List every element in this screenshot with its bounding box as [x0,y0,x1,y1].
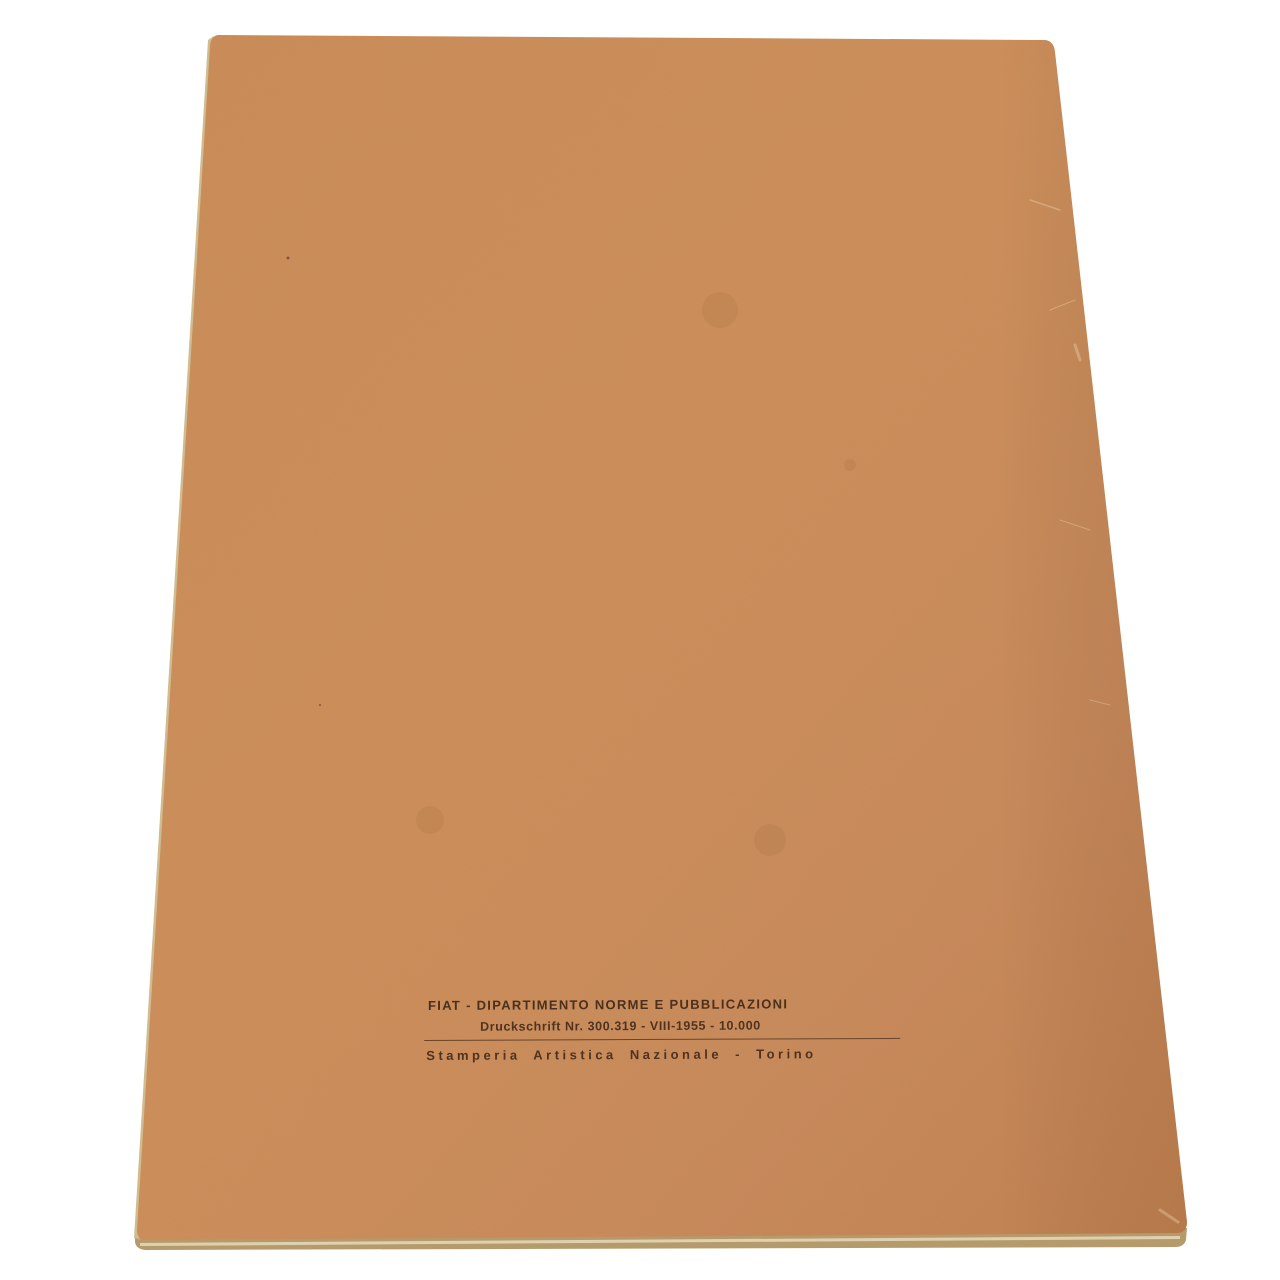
publisher-line: FIAT - DIPARTIMENTO NORME E PUBBLICAZION… [420,996,904,1013]
divider-rule [424,1038,900,1041]
booklet-back-cover [0,0,1280,1280]
publication-date: VIII-1955 [650,1019,706,1033]
printer-line: Stamperia Artistica Nazionale - Torino [420,1046,904,1063]
separator: - [641,1019,646,1033]
publication-number: 300.319 [588,1019,637,1033]
photo-scene: FIAT - DIPARTIMENTO NORME E PUBBLICAZION… [0,0,1280,1280]
print-run: 10.000 [719,1019,761,1033]
publication-line: Druckschrift Nr. 300.319 - VIII-1955 - 1… [420,1018,904,1034]
colophon: FIAT - DIPARTIMENTO NORME E PUBBLICAZION… [420,996,904,1063]
publication-prefix: Druckschrift Nr. [480,1019,583,1033]
separator: - [710,1019,715,1033]
